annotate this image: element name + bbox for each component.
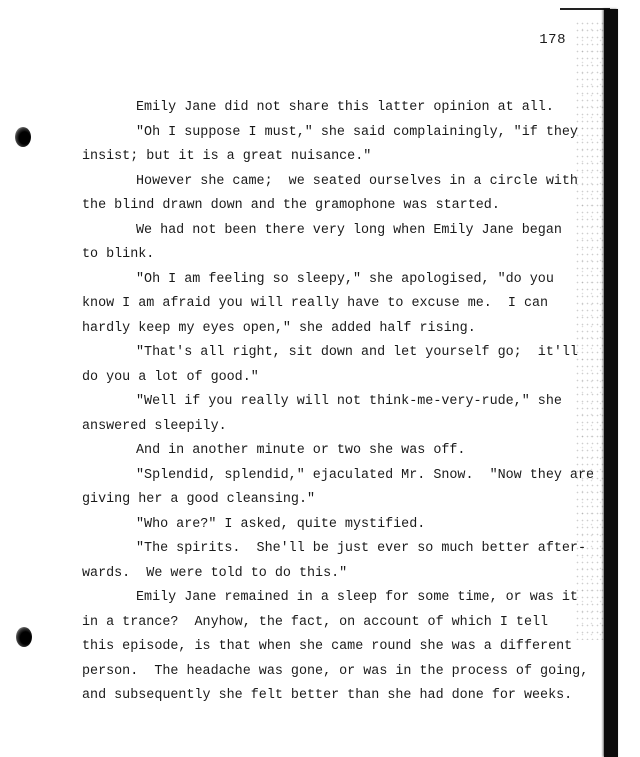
text-line: person. The headache was gone, or was in… bbox=[82, 660, 582, 685]
text-line: However she came; we seated ourselves in… bbox=[82, 170, 582, 195]
text-line: to blink. bbox=[82, 243, 582, 268]
text-line: "Oh I suppose I must," she said complain… bbox=[82, 121, 582, 146]
text-line: "The spirits. She'll be just ever so muc… bbox=[82, 537, 582, 562]
text-line: "Who are?" I asked, quite mystified. bbox=[82, 513, 582, 538]
punch-hole-bottom bbox=[16, 627, 32, 647]
scanned-typewritten-page: 178 Emily Jane did not share this latter… bbox=[0, 0, 640, 757]
text-line: wards. We were told to do this." bbox=[82, 562, 582, 587]
page-number: 178 bbox=[539, 32, 566, 48]
punch-hole-top bbox=[15, 127, 31, 147]
text-line: hardly keep my eyes open," she added hal… bbox=[82, 317, 582, 342]
text-line: "Splendid, splendid," ejaculated Mr. Sno… bbox=[82, 464, 582, 489]
text-line: Emily Jane did not share this latter opi… bbox=[82, 96, 582, 121]
text-line: do you a lot of good." bbox=[82, 366, 582, 391]
text-line: know I am afraid you will really have to… bbox=[82, 292, 582, 317]
text-line: And in another minute or two she was off… bbox=[82, 439, 582, 464]
page-top-edge bbox=[560, 8, 610, 10]
body-text: Emily Jane did not share this latter opi… bbox=[82, 96, 582, 709]
page-edge-shadow bbox=[604, 9, 618, 757]
text-line: the blind drawn down and the gramophone … bbox=[82, 194, 582, 219]
text-line: insist; but it is a great nuisance." bbox=[82, 145, 582, 170]
text-line: "Well if you really will not think-me-ve… bbox=[82, 390, 582, 415]
text-line: We had not been there very long when Emi… bbox=[82, 219, 582, 244]
text-line: in a trance? Anyhow, the fact, on accoun… bbox=[82, 611, 582, 636]
text-line: "That's all right, sit down and let your… bbox=[82, 341, 582, 366]
text-line: giving her a good cleansing." bbox=[82, 488, 582, 513]
text-line: answered sleepily. bbox=[82, 415, 582, 440]
text-line: and subsequently she felt better than sh… bbox=[82, 684, 582, 709]
text-line: this episode, is that when she came roun… bbox=[82, 635, 582, 660]
text-line: Emily Jane remained in a sleep for some … bbox=[82, 586, 582, 611]
text-line: "Oh I am feeling so sleepy," she apologi… bbox=[82, 268, 582, 293]
